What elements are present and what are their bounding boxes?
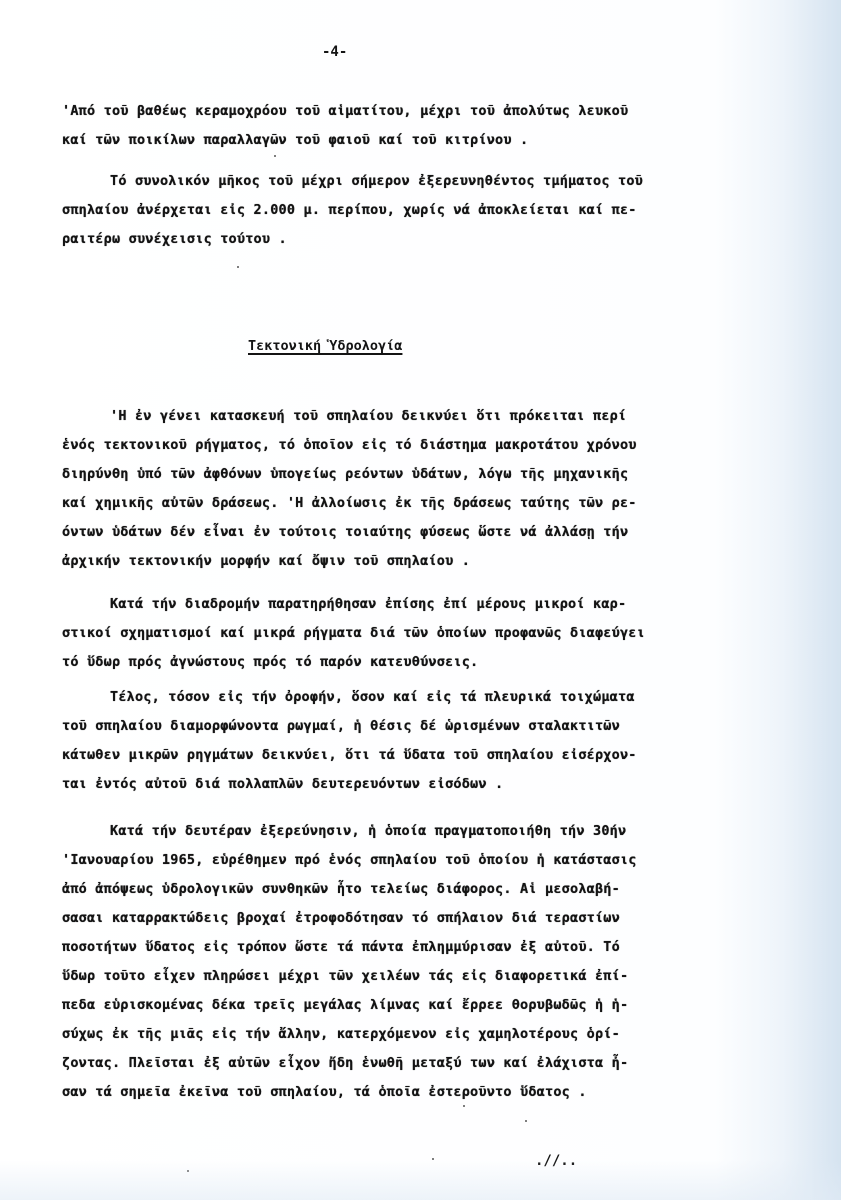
text-line: Κατά τήν δευτέραν ἐξερεύνησιν, ἡ ὁποία π…	[62, 823, 626, 839]
text-line: ραιτέρω συνέχεισις τούτου .	[62, 231, 287, 247]
text-line: στικοί σχηματισμοί καί μικρά ρήγματα διά…	[62, 625, 645, 641]
text-line: ἀπό ἀπόψεως ὑδρολογικῶν συνθηκῶν ἦτο τελ…	[62, 881, 620, 897]
text-line: 'Ιανουαρίου 1965, εὑρέθημεν πρό ἑνός σπη…	[62, 852, 637, 868]
text-line: ἀρχικήν τεκτονικήν μορφήν καί ὄψιν τοῦ σ…	[62, 553, 470, 569]
text-line: ται ἐντός αὐτοῦ διά πολλαπλῶν δευτερευόν…	[62, 776, 503, 792]
text-line: ποσοτήτων ὕδατος εἰς τρόπον ὥστε τά πάντ…	[62, 939, 620, 955]
scan-speck	[432, 1158, 434, 1160]
text-line: κάτωθεν μικρῶν ρηγμάτων δεικνύει, ὅτι τά…	[62, 747, 637, 763]
scan-speck	[463, 1105, 465, 1107]
scan-speck	[187, 1170, 189, 1172]
text-line: σαν τά σημεῖα ἐκεῖνα τοῦ σπηλαίου, τά ὁπ…	[62, 1084, 587, 1100]
text-line: διηρύνθη ὑπό τῶν ἀφθόνων ὑπογείως ρεόντω…	[62, 466, 628, 482]
text-line: ζοντας. Πλεῖσται ἐξ αὐτῶν εἶχον ἤδη ἑνωθ…	[62, 1055, 628, 1071]
section-title: Τεκτονική Ὑδρολογία	[248, 338, 402, 354]
text-line: 'Η ἐν γένει κατασκευή τοῦ σπηλαίου δεικν…	[62, 408, 626, 424]
scanned-page: -4- 'Από τοῦ βαθέως κεραμοχρόου τοῦ αἱμα…	[0, 0, 841, 1200]
text-line: σπηλαίου ἀνέρχεται εἰς 2.000 μ. περίπου,…	[62, 202, 637, 218]
text-line: καί τῶν ποικίλων παραλλαγῶν τοῦ φαιοῦ κα…	[62, 132, 528, 148]
text-line: τοῦ σπηλαίου διαμορφώνοντα ρωγμαί, ἡ θέσ…	[62, 718, 620, 734]
text-line: 'Από τοῦ βαθέως κεραμοχρόου τοῦ αἱματίτο…	[62, 103, 628, 119]
scan-speck	[525, 1120, 527, 1122]
text-line: Κατά τήν διαδρομήν παρατηρήθησαν ἐπίσης …	[62, 596, 626, 612]
continuation-mark: .//..	[535, 1153, 577, 1169]
text-line: πεδα εὑρισκομένας δέκα τρεῖς μεγάλας λίμ…	[62, 997, 628, 1013]
text-line: ὕδωρ τοῦτο εἶχεν πληρώσει μέχρι τῶν χειλ…	[62, 968, 628, 984]
text-line: σασαι καταρρακτώδεις βροχαί ἐτροφοδότησα…	[62, 910, 620, 926]
text-line: καί χημικῆς αὐτῶν δράσεως. 'Η ἀλλοίωσις …	[62, 495, 637, 511]
text-line: Τό συνολικόν μῆκος τοῦ μέχρι σήμερον ἐξε…	[62, 173, 643, 189]
text-line: ἑνός τεκτονικοῦ ρήγματος, τό ὁποῖον εἰς …	[62, 437, 637, 453]
text-line: Τέλος, τόσον εἰς τήν ὀροφήν, ὅσον καί εἰ…	[62, 689, 635, 705]
text-line: τό ὕδωρ πρός ἀγνώστους πρός τό παρόν κατ…	[62, 654, 478, 670]
scan-speck	[274, 155, 276, 157]
text-line: σύχως ἐκ τῆς μιᾶς εἰς τήν ἄλλην, κατερχό…	[62, 1026, 620, 1042]
scan-speck	[237, 266, 239, 268]
page-number: -4-	[322, 44, 347, 60]
text-line: όντων ὑδάτων δέν εἶναι ἐν τούτοις τοιαύτ…	[62, 524, 628, 540]
